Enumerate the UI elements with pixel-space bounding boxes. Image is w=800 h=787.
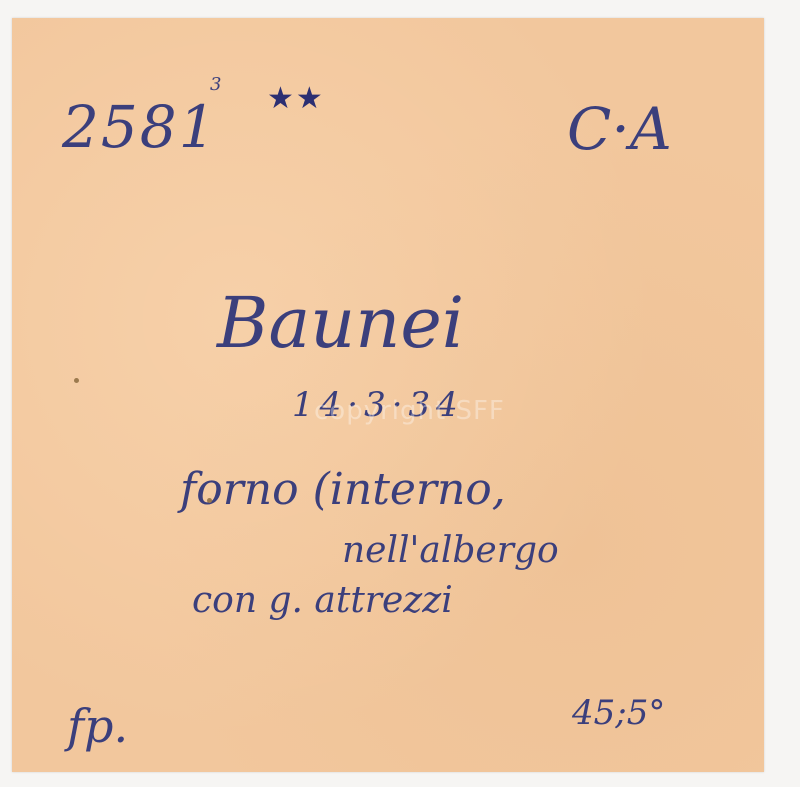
description-line-3: con g. attrezzi: [192, 583, 453, 619]
watermark: copyright SFF: [314, 396, 505, 426]
star-icons: ★★: [267, 84, 325, 114]
catalog-superscript: 3: [210, 74, 221, 95]
signature-initials: fp.: [67, 703, 128, 749]
paper-spot: [74, 378, 79, 383]
archival-note-card: 2581 3 ★★ C·A Baunei 14·3·34 copyright S…: [12, 18, 764, 772]
description-line-1: forno (interno,: [180, 468, 506, 512]
catalog-number: 2581: [62, 98, 218, 156]
description-line-2: nell'albergo: [342, 533, 559, 569]
paper-spot: [207, 498, 212, 503]
measurement: 45;5°: [572, 696, 665, 730]
place-name: Baunei: [217, 288, 464, 358]
collection-code: C·A: [567, 100, 672, 158]
